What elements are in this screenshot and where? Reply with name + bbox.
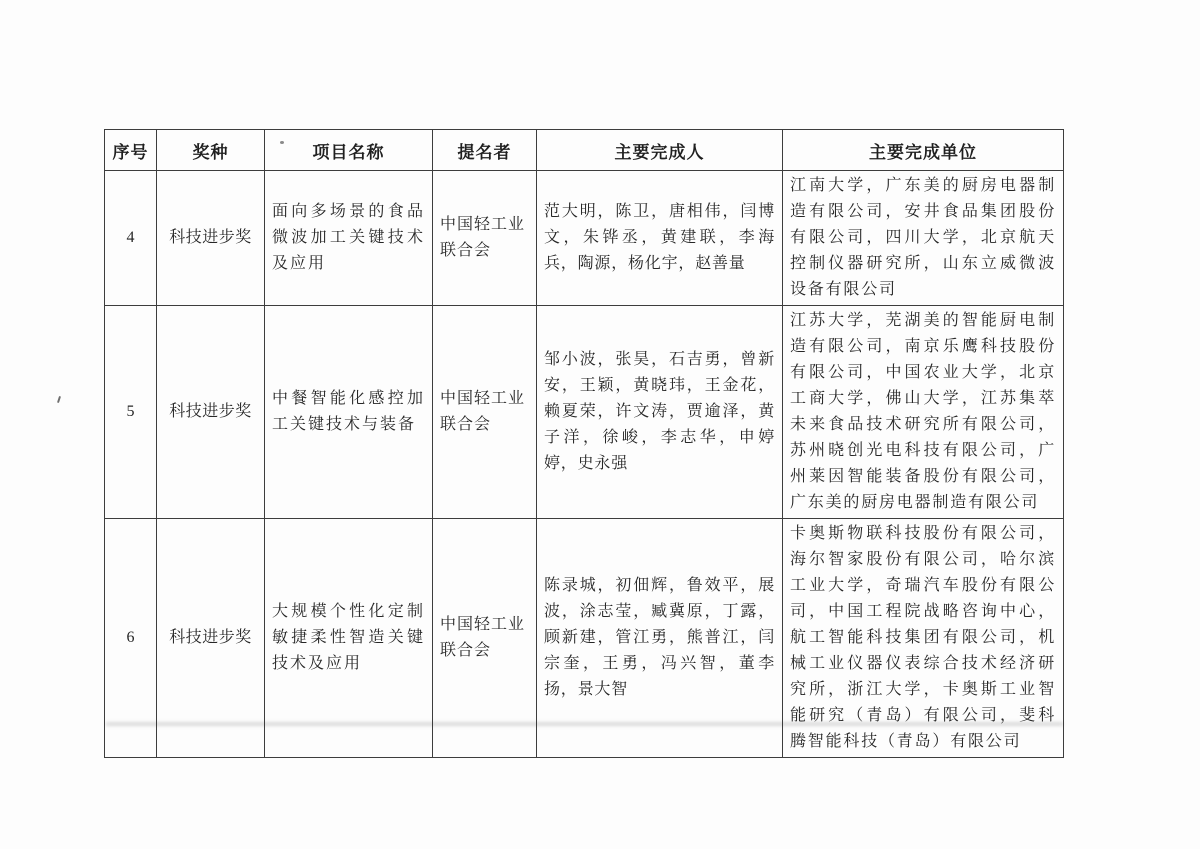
cell-index: 4 — [105, 171, 157, 306]
col-header-award: 奖种 — [157, 130, 265, 171]
cell-award: 科技进步奖 — [157, 519, 265, 758]
cell-award: 科技进步奖 — [157, 171, 265, 306]
cell-contributors: 范大明，陈卫，唐相伟，闫博文，朱铧丞，黄建联，李海兵，陶源，杨化宇，赵善量 — [537, 171, 783, 306]
cell-nominator: 中国轻工业联合会 — [433, 306, 537, 519]
cell-award: 科技进步奖 — [157, 306, 265, 519]
cell-index: 6 — [105, 519, 157, 758]
table-row: 6 科技进步奖 大规模个性化定制敏捷柔性智造关键技术及应用 中国轻工业联合会 陈… — [105, 519, 1064, 758]
document-page: 序号 奖种 项目名称 提名者 主要完成人 主要完成单位 4 科技进步奖 面向多场… — [0, 0, 1200, 849]
col-header-project: 项目名称 — [265, 130, 433, 171]
cell-organizations: 卡奥斯物联科技股份有限公司，海尔智家股份有限公司，哈尔滨工业大学，奇瑞汽车股份有… — [783, 519, 1064, 758]
cell-project-name: 中餐智能化感控加工关键技术与装备 — [265, 306, 433, 519]
col-header-contributors: 主要完成人 — [537, 130, 783, 171]
table-header-row: 序号 奖种 项目名称 提名者 主要完成人 主要完成单位 — [105, 130, 1064, 171]
col-header-organizations: 主要完成单位 — [783, 130, 1064, 171]
cell-project-name: 大规模个性化定制敏捷柔性智造关键技术及应用 — [265, 519, 433, 758]
cell-organizations: 江南大学，广东美的厨房电器制造有限公司，安井食品集团股份有限公司，四川大学，北京… — [783, 171, 1064, 306]
col-header-nominator: 提名者 — [433, 130, 537, 171]
scan-artifact-mark — [57, 396, 61, 403]
cell-contributors: 陈录城，初佃辉，鲁效平，展波，涂志莹，臧冀原，丁露，顾新建，管江勇，熊普江，闫宗… — [537, 519, 783, 758]
cell-organizations: 江苏大学，芜湖美的智能厨电制造有限公司，南京乐鹰科技股份有限公司，中国农业大学，… — [783, 306, 1064, 519]
cell-project-name: 面向多场景的食品微波加工关键技术及应用 — [265, 171, 433, 306]
cell-nominator: 中国轻工业联合会 — [433, 171, 537, 306]
table-row: 5 科技进步奖 中餐智能化感控加工关键技术与装备 中国轻工业联合会 邹小波，张昊… — [105, 306, 1064, 519]
table-row: 4 科技进步奖 面向多场景的食品微波加工关键技术及应用 中国轻工业联合会 范大明… — [105, 171, 1064, 306]
cell-index: 5 — [105, 306, 157, 519]
awards-table: 序号 奖种 项目名称 提名者 主要完成人 主要完成单位 4 科技进步奖 面向多场… — [104, 129, 1064, 758]
cell-nominator: 中国轻工业联合会 — [433, 519, 537, 758]
cell-contributors: 邹小波，张昊，石吉勇，曾新安，王颖，黄晓玮，王金花，赖夏荣，许文涛，贾逾泽，黄子… — [537, 306, 783, 519]
col-header-index: 序号 — [105, 130, 157, 171]
